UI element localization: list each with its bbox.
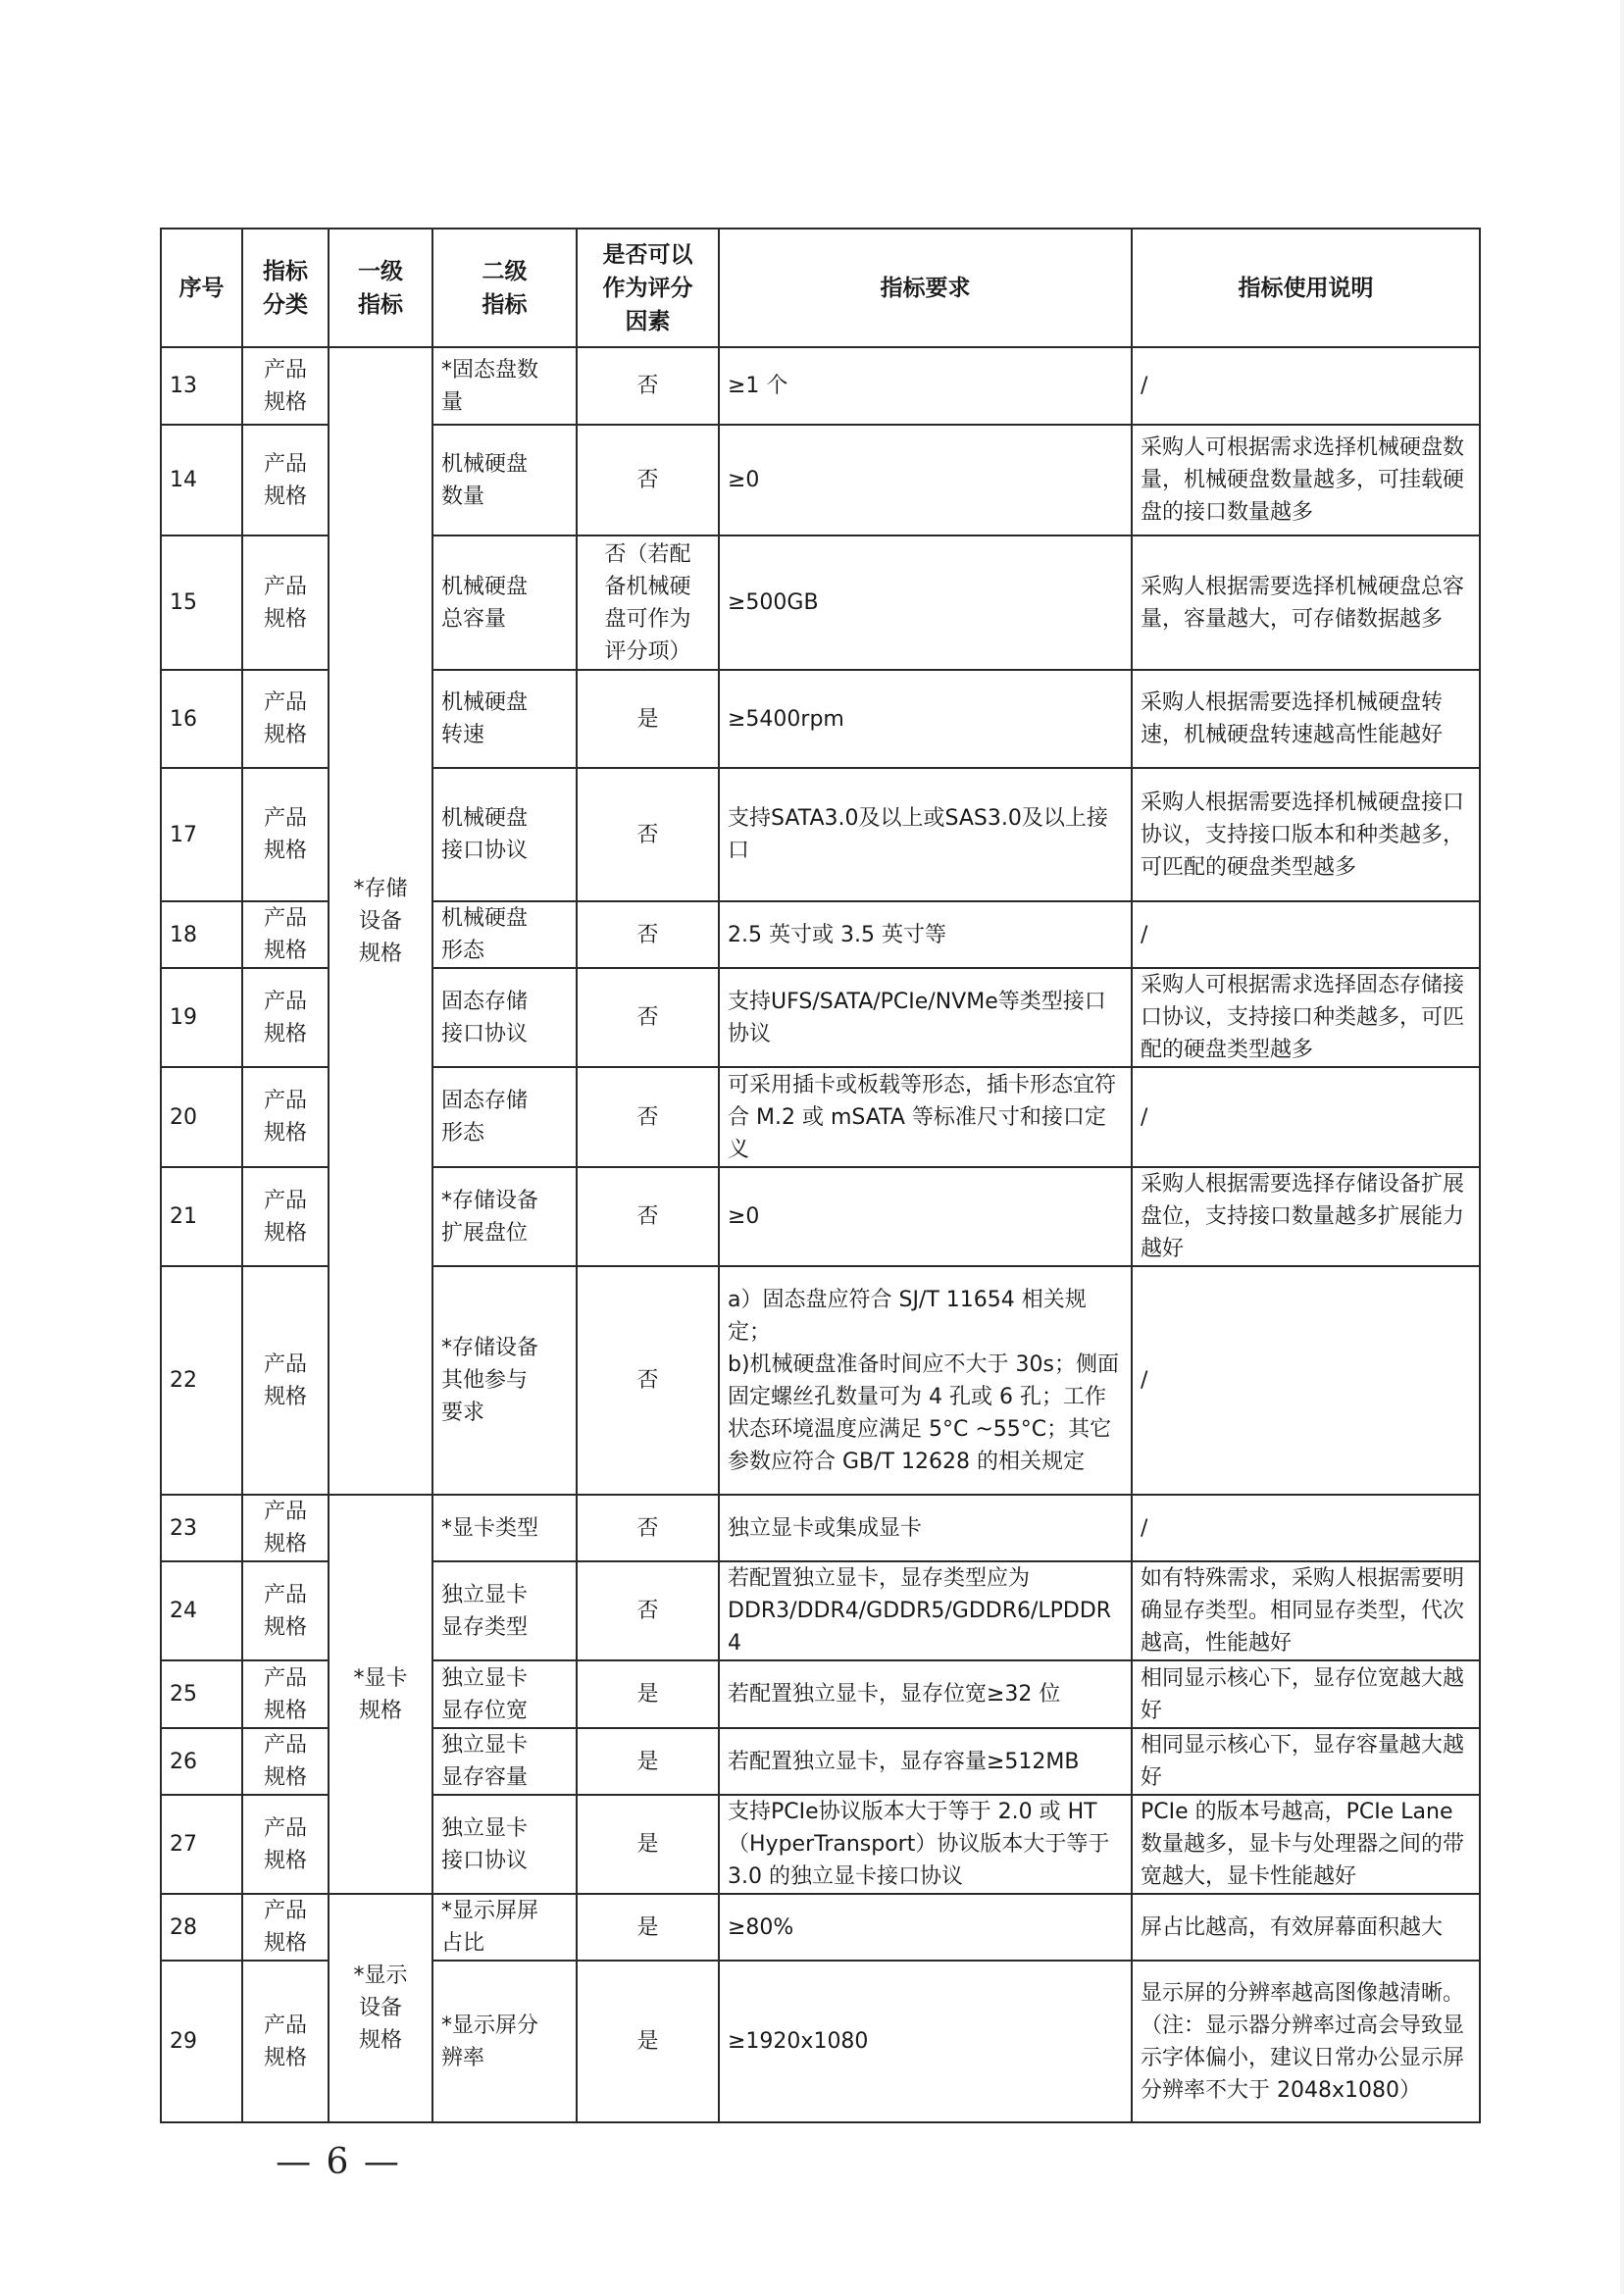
cell-requirement: ≥500GB [719,535,1132,670]
cell-scoring: 是 [577,1961,719,2122]
cell-level2: 机械硬盘 数量 [432,425,577,535]
cell-level2: 固态存储 形态 [432,1067,577,1167]
cell-level2: 机械硬盘 形态 [432,901,577,968]
cell-usage: / [1132,347,1480,425]
cell-scoring: 否 [577,768,719,901]
cell-level2: *显示屏分 辨率 [432,1961,577,2122]
cell-level2: *存储设备 扩展盘位 [432,1167,577,1266]
cell-requirement: ≥0 [719,425,1132,535]
cell-seq: 16 [161,670,242,768]
cell-scoring: 否 [577,901,719,968]
cell-category: 产品 规格 [242,1728,329,1795]
cell-seq: 13 [161,347,242,425]
cell-level1-storage: *存储 设备 规格 [329,347,432,1495]
header-category: 指标 分类 [242,229,329,347]
cell-level2: *显示屏屏 占比 [432,1894,577,1961]
cell-usage: 采购人可根据需求选择固态存储接口协议，支持接口种类越多，可匹配的硬盘类型越多 [1132,968,1480,1067]
table-row: 28 产品 规格 *显示 设备 规格 *显示屏屏 占比 是 ≥80% 屏占比越高… [161,1894,1480,1961]
cell-scoring: 否 [577,968,719,1067]
cell-category: 产品 规格 [242,1067,329,1167]
cell-seq: 18 [161,901,242,968]
cell-category: 产品 规格 [242,1660,329,1728]
cell-requirement: 若配置独立显卡，显存容量≥512MB [719,1728,1132,1795]
cell-usage: / [1132,1266,1480,1495]
cell-usage: 采购人根据需要选择存储设备扩展盘位，支持接口数量越多扩展能力越好 [1132,1167,1480,1266]
header-level1: 一级 指标 [329,229,432,347]
cell-scoring: 否 [577,1561,719,1660]
cell-scoring: 否 [577,1067,719,1167]
cell-seq: 29 [161,1961,242,2122]
cell-usage: 采购人可根据需求选择机械硬盘数量，机械硬盘数量越多，可挂载硬盘的接口数量越多 [1132,425,1480,535]
table-row: 13 产品 规格 *存储 设备 规格 *固态盘数 量 否 ≥1 个 / [161,347,1480,425]
cell-usage: / [1132,901,1480,968]
cell-category: 产品 规格 [242,1167,329,1266]
cell-usage: 屏占比越高，有效屏幕面积越大 [1132,1894,1480,1961]
cell-requirement: a）固态盘应符合 SJ/T 11654 相关规定； b)机械硬盘准备时间应不大于… [719,1266,1132,1495]
cell-level1-display: *显示 设备 规格 [329,1894,432,2122]
cell-usage: 相同显示核心下，显存容量越大越好 [1132,1728,1480,1795]
cell-requirement: ≥1 个 [719,347,1132,425]
cell-usage: 采购人根据需要选择机械硬盘转速，机械硬盘转速越高性能越好 [1132,670,1480,768]
cell-category: 产品 规格 [242,425,329,535]
cell-category: 产品 规格 [242,535,329,670]
cell-requirement: ≥5400rpm [719,670,1132,768]
spec-table: 序号 指标 分类 一级 指标 二级 指标 是否可以 作为评分 因素 指标要求 指… [160,228,1481,2123]
cell-usage: 采购人根据需要选择机械硬盘总容量，容量越大，可存储数据越多 [1132,535,1480,670]
header-scoring: 是否可以 作为评分 因素 [577,229,719,347]
cell-scoring: 是 [577,1894,719,1961]
cell-requirement: 2.5 英寸或 3.5 英寸等 [719,901,1132,968]
cell-level2: 机械硬盘 总容量 [432,535,577,670]
cell-seq: 27 [161,1795,242,1894]
cell-requirement: ≥1920x1080 [719,1961,1132,2122]
cell-usage: 相同显示核心下，显存位宽越大越好 [1132,1660,1480,1728]
table-row: 23 产品 规格 *显卡 规格 *显卡类型 否 独立显卡或集成显卡 / [161,1495,1480,1561]
page-edge [1620,0,1624,2294]
cell-level2: 独立显卡 显存类型 [432,1561,577,1660]
cell-category: 产品 规格 [242,768,329,901]
cell-category: 产品 规格 [242,1894,329,1961]
header-usage: 指标使用说明 [1132,229,1480,347]
cell-scoring: 是 [577,1660,719,1728]
cell-scoring: 是 [577,1795,719,1894]
cell-level1-graphics: *显卡 规格 [329,1495,432,1894]
cell-scoring: 是 [577,670,719,768]
cell-seq: 24 [161,1561,242,1660]
cell-seq: 20 [161,1067,242,1167]
cell-seq: 15 [161,535,242,670]
cell-usage: 如有特殊需求，采购人根据需要明确显存类型。相同显存类型，代次越高，性能越好 [1132,1561,1480,1660]
cell-seq: 23 [161,1495,242,1561]
header-level2: 二级 指标 [432,229,577,347]
cell-scoring: 否 [577,1266,719,1495]
cell-category: 产品 规格 [242,1495,329,1561]
cell-category: 产品 规格 [242,1266,329,1495]
cell-requirement: 支持UFS/SATA/PCIe/NVMe等类型接口协议 [719,968,1132,1067]
cell-level2: 独立显卡 显存容量 [432,1728,577,1795]
cell-requirement: 若配置独立显卡，显存位宽≥32 位 [719,1660,1132,1728]
header-seq: 序号 [161,229,242,347]
cell-scoring: 否 [577,347,719,425]
cell-level2: 独立显卡 显存位宽 [432,1660,577,1728]
cell-category: 产品 规格 [242,670,329,768]
cell-category: 产品 规格 [242,968,329,1067]
cell-requirement: ≥80% [719,1894,1132,1961]
cell-requirement: 可采用插卡或板载等形态，插卡形态宜符合 M.2 或 mSATA 等标准尺寸和接口… [719,1067,1132,1167]
cell-usage: 显示屏的分辨率越高图像越清晰。（注：显示器分辨率过高会导致显示字体偏小，建议日常… [1132,1961,1480,2122]
cell-scoring: 否 [577,1167,719,1266]
cell-level2: *存储设备 其他参与 要求 [432,1266,577,1495]
page-number: — 6 — [257,2142,420,2182]
cell-seq: 21 [161,1167,242,1266]
cell-seq: 26 [161,1728,242,1795]
cell-usage: / [1132,1495,1480,1561]
cell-seq: 28 [161,1894,242,1961]
cell-usage: PCIe 的版本号越高，PCIe Lane 数量越多，显卡与处理器之间的带宽越大… [1132,1795,1480,1894]
cell-seq: 17 [161,768,242,901]
cell-seq: 22 [161,1266,242,1495]
cell-requirement: 支持SATA3.0及以上或SAS3.0及以上接口 [719,768,1132,901]
cell-scoring: 否 [577,425,719,535]
cell-requirement: 若配置独立显卡，显存类型应为 DDR3/DDR4/GDDR5/GDDR6/LPD… [719,1561,1132,1660]
cell-requirement: ≥0 [719,1167,1132,1266]
cell-level2: *固态盘数 量 [432,347,577,425]
cell-category: 产品 规格 [242,1561,329,1660]
cell-scoring: 否（若配 备机械硬 盘可作为 评分项） [577,535,719,670]
cell-usage: 采购人根据需要选择机械硬盘接口协议，支持接口版本和种类越多，可匹配的硬盘类型越多 [1132,768,1480,901]
cell-category: 产品 规格 [242,347,329,425]
cell-requirement: 独立显卡或集成显卡 [719,1495,1132,1561]
cell-level2: 固态存储 接口协议 [432,968,577,1067]
cell-category: 产品 规格 [242,1795,329,1894]
cell-level2: 机械硬盘 接口协议 [432,768,577,901]
table-header-row: 序号 指标 分类 一级 指标 二级 指标 是否可以 作为评分 因素 指标要求 指… [161,229,1480,347]
cell-level2: 独立显卡 接口协议 [432,1795,577,1894]
cell-usage: / [1132,1067,1480,1167]
cell-scoring: 是 [577,1728,719,1795]
header-requirement: 指标要求 [719,229,1132,347]
cell-category: 产品 规格 [242,901,329,968]
cell-seq: 19 [161,968,242,1067]
cell-level2: 机械硬盘 转速 [432,670,577,768]
cell-category: 产品 规格 [242,1961,329,2122]
cell-level2: *显卡类型 [432,1495,577,1561]
cell-scoring: 否 [577,1495,719,1561]
cell-seq: 25 [161,1660,242,1728]
cell-requirement: 支持PCIe协议版本大于等于 2.0 或 HT（HyperTransport）协… [719,1795,1132,1894]
cell-seq: 14 [161,425,242,535]
